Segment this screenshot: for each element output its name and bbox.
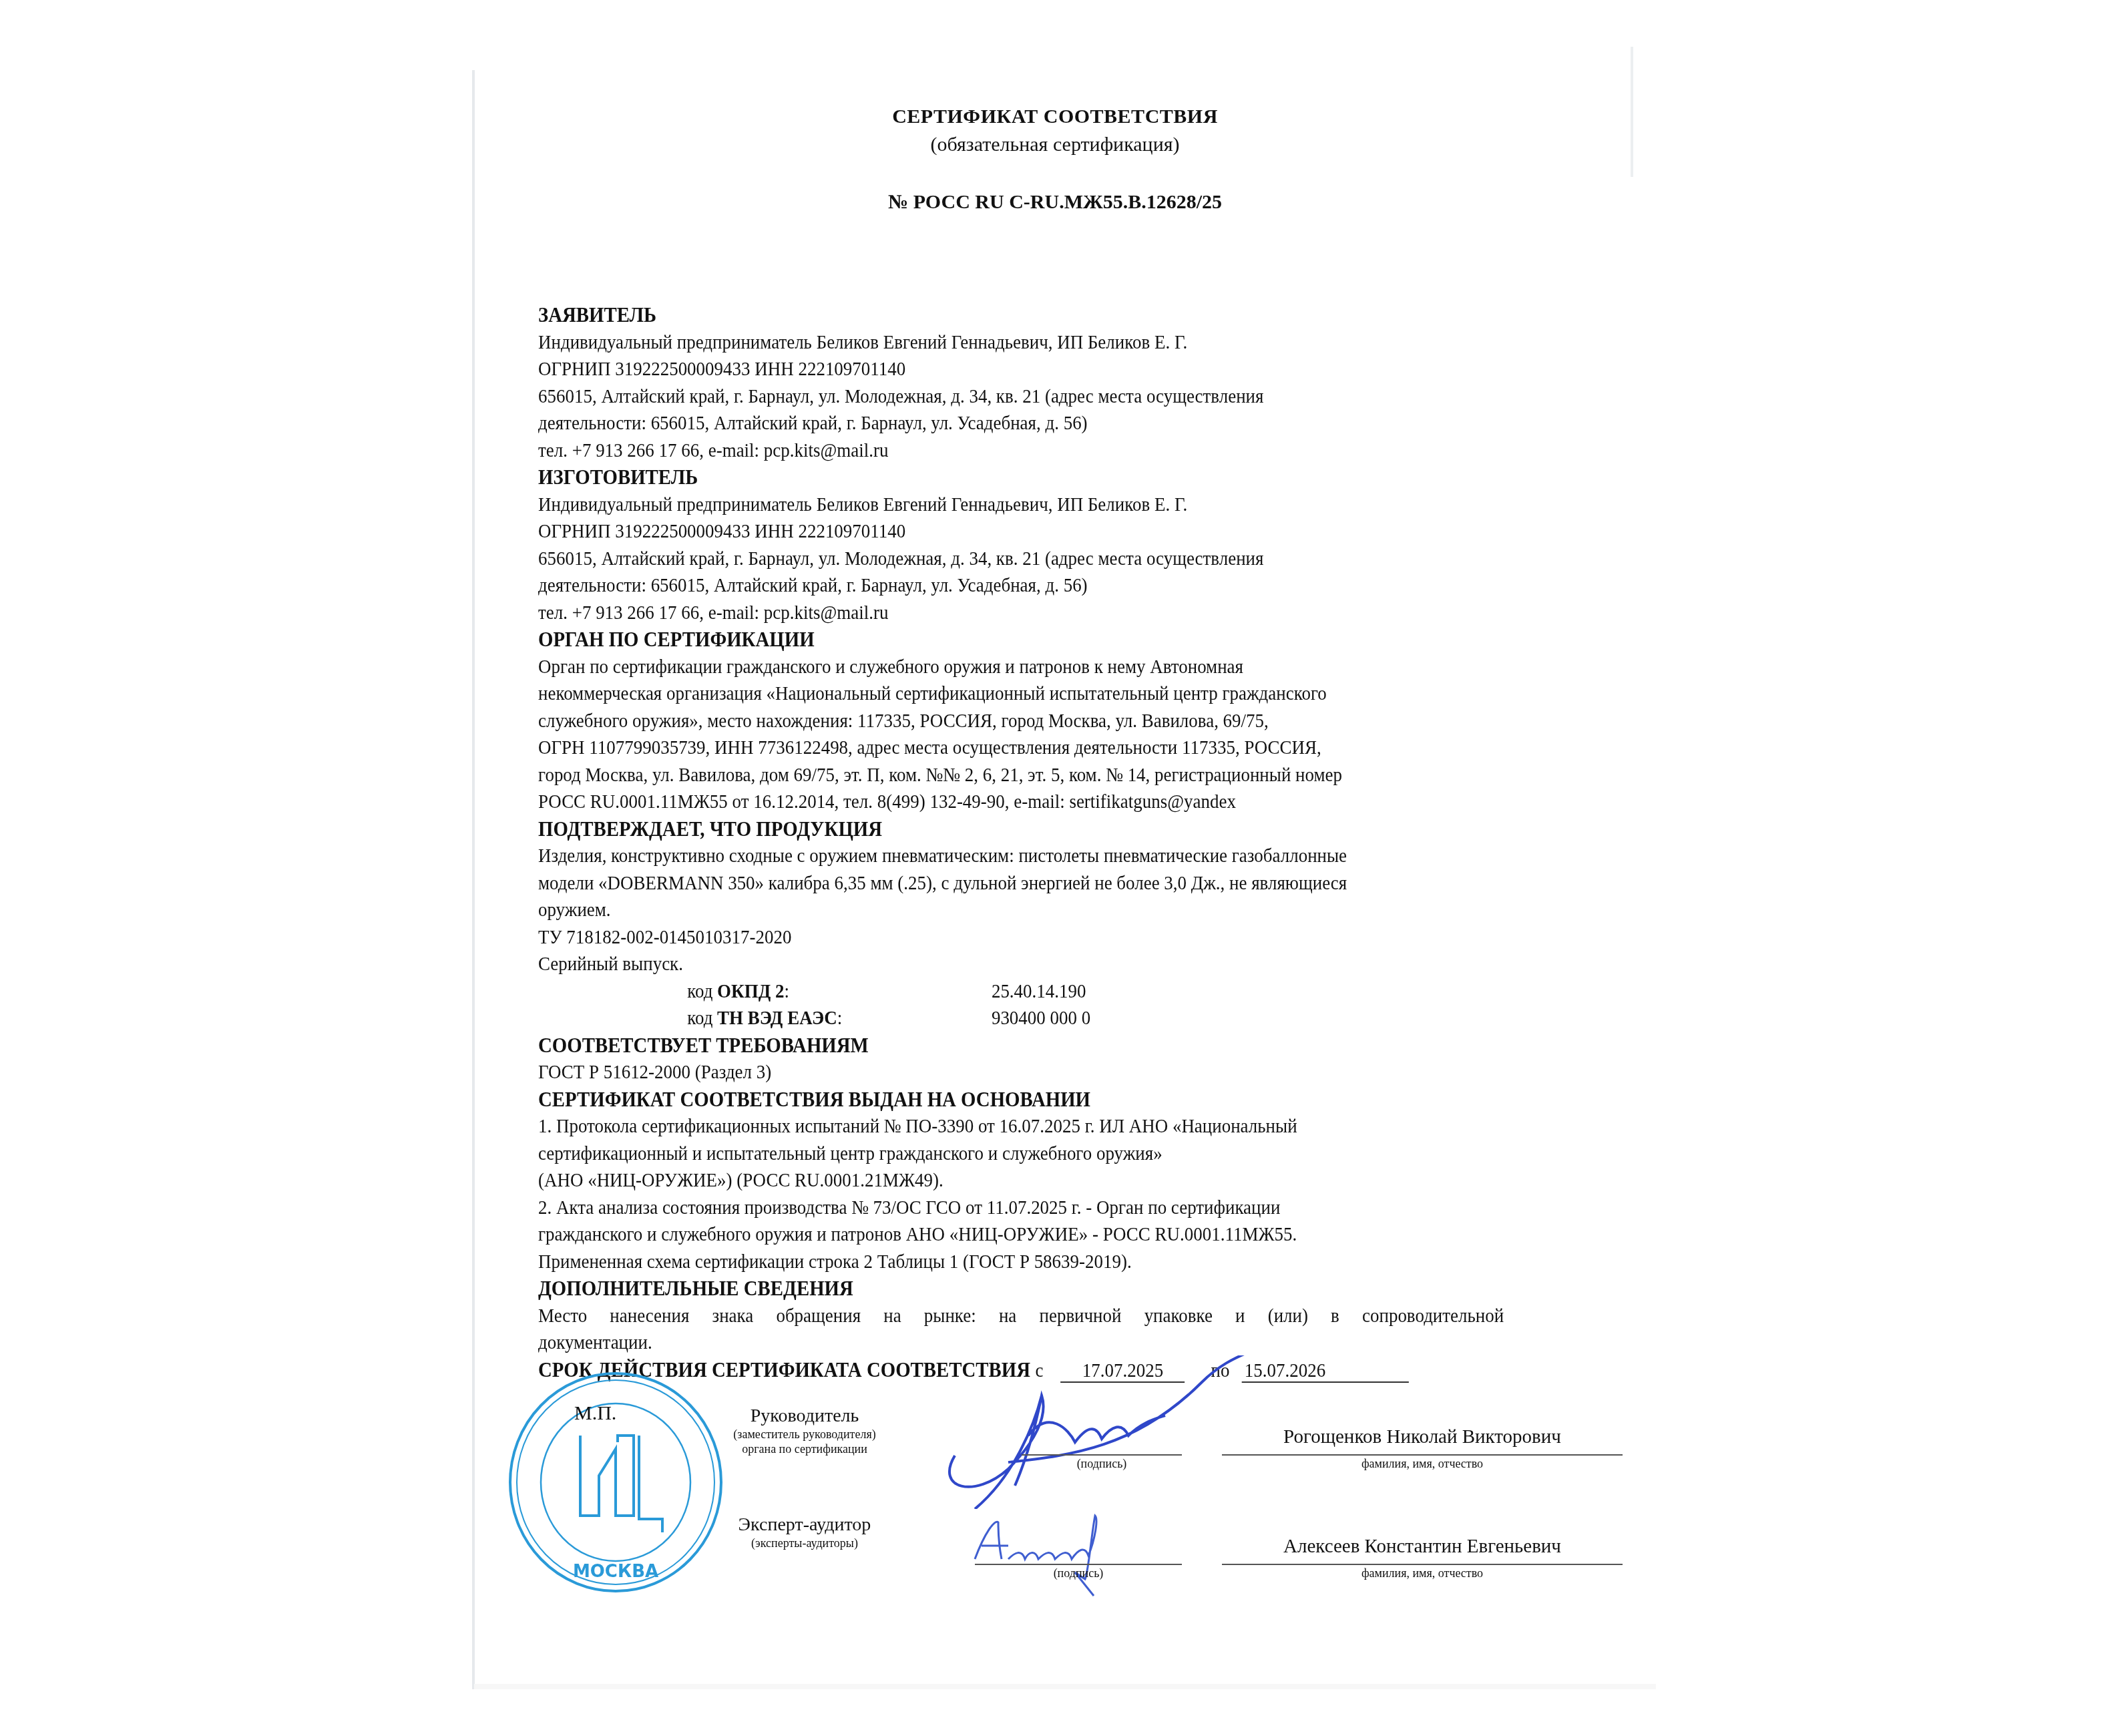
text-line: гражданского и служебного оружия и патро…: [538, 1221, 1532, 1249]
expert-role: Эксперт-аудитор (эксперты-аудиторы): [708, 1514, 901, 1550]
text-line: ОГРН 1107799035739, ИНН 7736122498, адре…: [538, 734, 1532, 762]
text-line: ГОСТ Р 51612-2000 (Раздел 3): [538, 1059, 1532, 1086]
text-line: 656015, Алтайский край, г. Барнаул, ул. …: [538, 546, 1532, 573]
certification-body-block: Орган по сертификации гражданского и слу…: [538, 654, 1532, 816]
head-signature-label: (подпись): [1022, 1457, 1182, 1471]
text-line: некоммерческая организация «Национальный…: [538, 680, 1532, 708]
manufacturer-block: Индивидуальный предприниматель Беликов Е…: [538, 491, 1532, 627]
document-title: СЕРТИФИКАТ СООТВЕТСТВИЯ: [0, 105, 2110, 128]
text-line: ТУ 718182-002-0145010317-2020: [538, 924, 1532, 951]
text-line: ОГРНИП 319222500009433 ИНН 222109701140: [538, 356, 1532, 383]
code-row-tnved: код ТН ВЭД ЕАЭС: 930400 000 0: [538, 1005, 1532, 1032]
head-name-label: фамилия, имя, отчество: [1222, 1457, 1623, 1471]
text-line: Индивидуальный предприниматель Беликов Е…: [538, 491, 1532, 519]
code-value: 25.40.14.190: [992, 978, 1086, 1006]
additional-text: Место нанесения знака обращения на рынке…: [538, 1303, 1504, 1330]
text-line: тел. +7 913 266 17 66, e-mail: pcp.kits@…: [538, 600, 1532, 627]
text-line: 2. Акта анализа состояния производства №…: [538, 1195, 1532, 1222]
page-edge: [474, 1684, 1656, 1689]
expert-signature: [962, 1512, 1162, 1599]
head-role: Руководитель (заместитель руководителя) …: [708, 1405, 901, 1456]
head-name-line: [1222, 1454, 1623, 1456]
text-line: сертификационный и испытательный центр г…: [538, 1140, 1532, 1168]
text-line: Серийный выпуск.: [538, 951, 1532, 978]
page-edge: [472, 70, 475, 1689]
text-line: деятельности: 656015, Алтайский край, г.…: [538, 572, 1532, 600]
section-heading-manufacturer: ИЗГОТОВИТЕЛЬ: [538, 464, 1532, 491]
code-row-okpd: код ОКПД 2: 25.40.14.190: [538, 978, 1532, 1006]
code-value: 930400 000 0: [992, 1005, 1090, 1032]
expert-name: Алексеев Константин Евгеньевич: [1222, 1536, 1623, 1558]
code-label: код ТН ВЭД ЕАЭС:: [538, 1005, 992, 1032]
additional-text-end: документации.: [538, 1329, 1532, 1357]
expert-name-label: фамилия, имя, отчество: [1222, 1566, 1623, 1580]
basis-block: 1. Протокола сертификационных испытаний …: [538, 1113, 1532, 1275]
certificate-body: ЗАЯВИТЕЛЬ Индивидуальный предприниматель…: [538, 302, 1532, 1384]
svg-text:МОСКВА: МОСКВА: [573, 1562, 658, 1582]
text-line: 656015, Алтайский край, г. Барнаул, ул. …: [538, 383, 1532, 411]
text-line: Индивидуальный предприниматель Беликов Е…: [538, 329, 1532, 357]
certificate-number: № РОСС RU C-RU.МЖ55.В.12628/25: [0, 191, 2110, 214]
text-line: Изделия, конструктивно сходные с оружием…: [538, 843, 1532, 870]
text-line: 1. Протокола сертификационных испытаний …: [538, 1113, 1532, 1140]
text-line: Примененная схема сертификации строка 2 …: [538, 1249, 1532, 1276]
applicant-block: Индивидуальный предприниматель Беликов Е…: [538, 329, 1532, 465]
text-line: модели «DOBERMANN 350» калибра 6,35 мм (…: [538, 870, 1532, 897]
text-line: РОСС RU.0001.11МЖ55 от 16.12.2014, тел. …: [538, 789, 1532, 816]
text-line: (АНО «НИЦ-ОРУЖИЕ») (РОСС RU.0001.21МЖ49)…: [538, 1167, 1532, 1195]
text-line: тел. +7 913 266 17 66, e-mail: pcp.kits@…: [538, 437, 1532, 465]
section-heading-requirements: СООТВЕТСТВУЕТ ТРЕБОВАНИЯМ: [538, 1032, 1532, 1060]
expert-name-line: [1222, 1564, 1623, 1565]
product-codes: код ОКПД 2: 25.40.14.190 код ТН ВЭД ЕАЭС…: [538, 978, 1532, 1032]
text-line: служебного оружия», место нахождения: 11…: [538, 708, 1532, 735]
head-signature-line: [1022, 1454, 1182, 1456]
section-heading-certification-body: ОРГАН ПО СЕРТИФИКАЦИИ: [538, 626, 1532, 654]
text-line: ОГРНИП 319222500009433 ИНН 222109701140: [538, 518, 1532, 546]
text-line: город Москва, ул. Вавилова, дом 69/75, э…: [538, 762, 1532, 789]
head-name: Рогощенков Николай Викторович: [1222, 1426, 1623, 1448]
expert-signature-line: [975, 1564, 1182, 1565]
stamp-mark: М.П.: [574, 1402, 616, 1425]
section-heading-basis: СЕРТИФИКАТ СООТВЕТСТВИЯ ВЫДАН НА ОСНОВАН…: [538, 1086, 1532, 1114]
text-line: оружием.: [538, 897, 1532, 924]
text-line: Орган по сертификации гражданского и слу…: [538, 654, 1532, 681]
product-block: Изделия, конструктивно сходные с оружием…: [538, 843, 1532, 978]
section-heading-product: ПОДТВЕРЖДАЕТ, ЧТО ПРОДУКЦИЯ: [538, 816, 1532, 843]
section-heading-additional: ДОПОЛНИТЕЛЬНЫЕ СВЕДЕНИЯ: [538, 1275, 1532, 1303]
expert-signature-label: (подпись): [975, 1566, 1182, 1580]
document-subtitle: (обязательная сертификация): [0, 134, 2110, 156]
text-line: деятельности: 656015, Алтайский край, г.…: [538, 410, 1532, 437]
code-label: код ОКПД 2:: [538, 978, 992, 1006]
requirements-block: ГОСТ Р 51612-2000 (Раздел 3): [538, 1059, 1532, 1086]
section-heading-applicant: ЗАЯВИТЕЛЬ: [538, 302, 1532, 329]
